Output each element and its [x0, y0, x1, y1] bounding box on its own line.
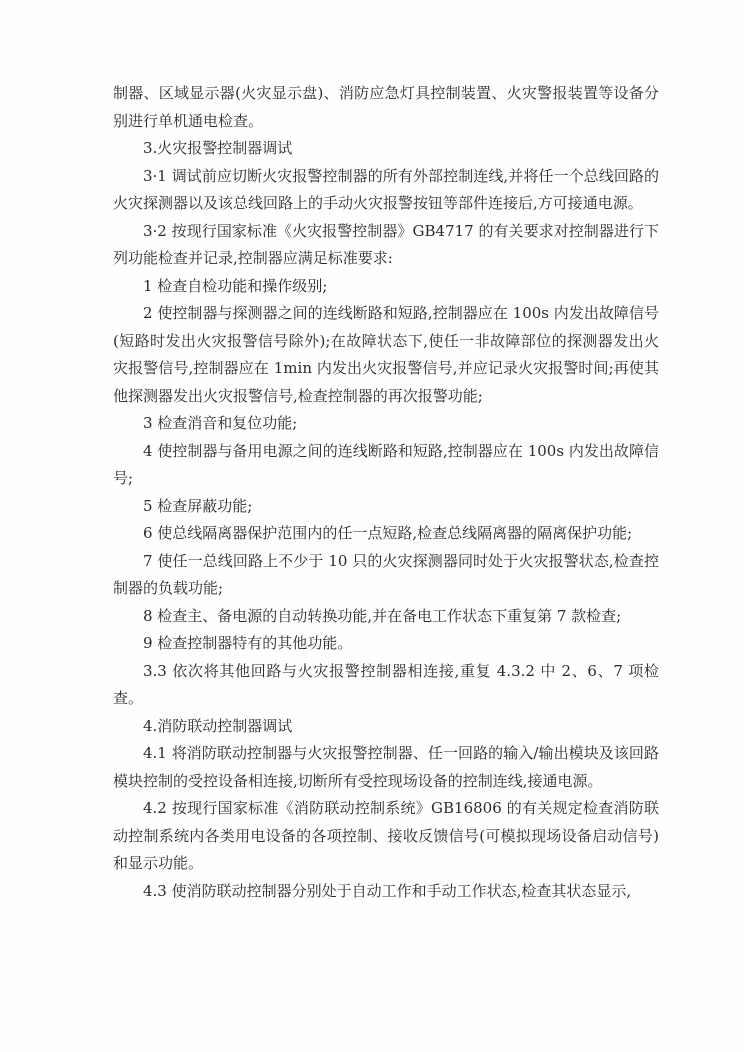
- text-block: 制器、区域显示器(火灾显示盘)、消防应急灯具控制装置、火灾警报装置等设备分别进行…: [113, 80, 659, 905]
- paragraph-4-1: 4.1 将消防联动控制器与火灾报警控制器、任一回路的输入/输出模块及该回路模块控…: [113, 740, 659, 795]
- paragraph-3-1: 3·1 调试前应切断火灾报警控制器的所有外部控制连线,并将任一个总线回路的火灾探…: [113, 163, 659, 218]
- heading-section-3: 3.火灾报警控制器调试: [113, 135, 659, 163]
- paragraph-4-3: 4.3 使消防联动控制器分别处于自动工作和手动工作状态,检查其状态显示,: [113, 878, 659, 906]
- paragraph-3-2: 3·2 按现行国家标准《火灾报警控制器》GB4717 的有关要求对控制器进行下列…: [113, 218, 659, 273]
- list-item-4: 4 使控制器与备用电源之间的连线断路和短路,控制器应在 100s 内发出故障信号…: [113, 438, 659, 493]
- paragraph-continuation: 制器、区域显示器(火灾显示盘)、消防应急灯具控制装置、火灾警报装置等设备分别进行…: [113, 80, 659, 135]
- heading-section-4: 4.消防联动控制器调试: [113, 713, 659, 741]
- paragraph-3-3: 3.3 依次将其他回路与火灾报警控制器相连接,重复 4.3.2 中 2、6、7 …: [113, 658, 659, 713]
- list-item-7: 7 使任一总线回路上不少于 10 只的火灾探测器同时处于火灾报警状态,检查控制器…: [113, 548, 659, 603]
- list-item-2: 2 使控制器与探测器之间的连线断路和短路,控制器应在 100s 内发出故障信号(…: [113, 300, 659, 410]
- paragraph-4-2: 4.2 按现行国家标准《消防联动控制系统》GB16806 的有关规定检查消防联动…: [113, 795, 659, 878]
- list-item-8: 8 检查主、备电源的自动转换功能,并在备电工作状态下重复第 7 款检查;: [113, 603, 659, 631]
- document-page: 制器、区域显示器(火灾显示盘)、消防应急灯具控制装置、火灾警报装置等设备分别进行…: [0, 0, 744, 1052]
- list-item-5: 5 检查屏蔽功能;: [113, 493, 659, 521]
- list-item-1: 1 检查自检功能和操作级别;: [113, 273, 659, 301]
- list-item-6: 6 使总线隔离器保护范围内的任一点短路,检查总线隔离器的隔离保护功能;: [113, 520, 659, 548]
- list-item-3: 3 检查消音和复位功能;: [113, 410, 659, 438]
- list-item-9: 9 检查控制器特有的其他功能。: [113, 630, 659, 658]
